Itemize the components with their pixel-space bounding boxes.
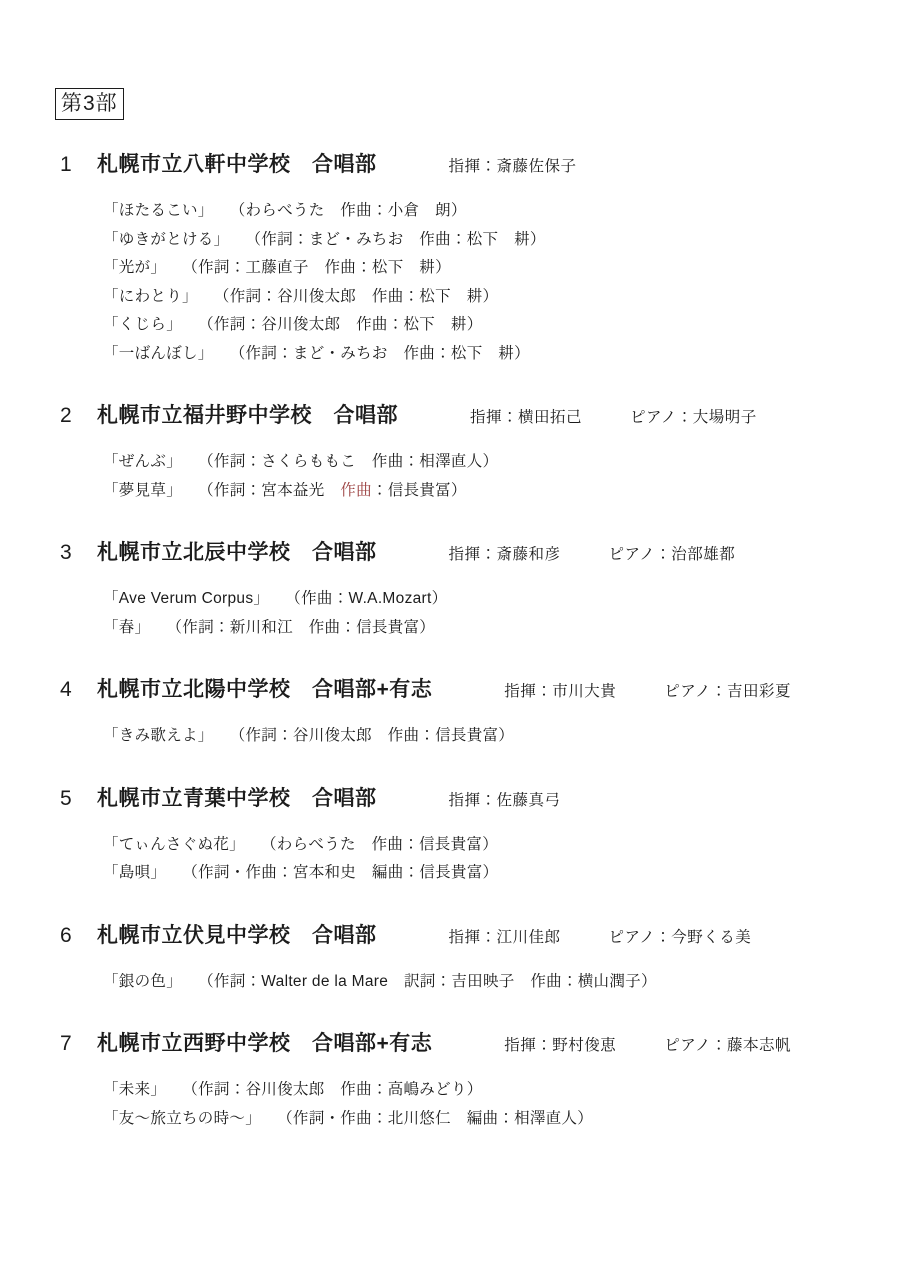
program-entry-1: 1 札幌市立八軒中学校 合唱部 指揮：斎藤佐保子 「ほたるこい」 （わらべうた … (55, 151, 865, 368)
song-line: 「てぃんさぐぬ花」 （わらべうた 作曲：信長貴富） (103, 831, 865, 860)
song-list: 「きみ歌えよ」 （作詞：谷川俊太郎 作曲：信長貴富） (55, 722, 865, 751)
entry-header: 4 札幌市立北陽中学校 合唱部+有志 指揮：市川大貴 ピアノ：吉田彩夏 (55, 676, 865, 706)
song-line: 「きみ歌えよ」 （作詞：谷川俊太郎 作曲：信長貴富） (103, 722, 865, 751)
program-entry-3: 3 札幌市立北辰中学校 合唱部 指揮：斎藤和彦 ピアノ：治部雄都 「Ave Ve… (55, 539, 865, 642)
song-line: 「銀の色」 （作詞：Walter de la Mare 訳詞：吉田映子 作曲：横… (103, 968, 865, 997)
entry-number: 6 (60, 922, 97, 950)
school-name: 札幌市立伏見中学校 合唱部 (97, 922, 377, 950)
staff-credit: 指揮：斎藤佐保子 (449, 153, 577, 181)
song-list: 「てぃんさぐぬ花」 （わらべうた 作曲：信長貴富） 「島唄」 （作詞・作曲：宮本… (55, 831, 865, 888)
staff-credit: 指揮：江川佳郎 ピアノ：今野くる美 (449, 924, 752, 952)
school-name: 札幌市立八軒中学校 合唱部 (97, 151, 377, 179)
entry-header: 6 札幌市立伏見中学校 合唱部 指揮：江川佳郎 ピアノ：今野くる美 (55, 922, 865, 952)
entry-number: 1 (60, 151, 97, 179)
song-line: 「Ave Verum Corpus」 （作曲：W.A.Mozart） (103, 585, 865, 614)
song-line: 「一ばんぼし」 （作詞：まど・みちお 作曲：松下 耕） (103, 340, 865, 369)
program-entry-2: 2 札幌市立福井野中学校 合唱部 指揮：横田拓己 ピアノ：大場明子 「ぜんぶ」 … (55, 402, 865, 505)
entry-number: 5 (60, 785, 97, 813)
song-line: 「ゆきがとける」 （作詞：まど・みちお 作曲：松下 耕） (103, 226, 865, 255)
school-name: 札幌市立北陽中学校 合唱部+有志 (97, 676, 432, 704)
staff-credit: 指揮：佐藤真弓 (449, 787, 561, 815)
section-title: 第3部 (55, 88, 124, 120)
song-line: 「友～旅立ちの時～」 （作詞・作曲：北川悠仁 編曲：相澤直人） (103, 1105, 865, 1134)
song-list: 「ぜんぶ」 （作詞：さくらももこ 作曲：相澤直人） 「夢見草」 （作詞：宮本益光… (55, 448, 865, 505)
song-text: ：信長貴冨） (372, 482, 467, 499)
entry-header: 7 札幌市立西野中学校 合唱部+有志 指揮：野村俊恵 ピアノ：藤本志帆 (55, 1030, 865, 1060)
entry-number: 7 (60, 1030, 97, 1058)
song-list: 「未来」 （作詞：谷川俊太郎 作曲：高嶋みどり） 「友～旅立ちの時～」 （作詞・… (55, 1076, 865, 1133)
entry-number: 3 (60, 539, 97, 567)
song-line: 「未来」 （作詞：谷川俊太郎 作曲：高嶋みどり） (103, 1076, 865, 1105)
song-line: 「夢見草」 （作詞：宮本益光 作曲：信長貴冨） (103, 477, 865, 506)
song-line: 「光が」 （作詞：工藤直子 作曲：松下 耕） (103, 254, 865, 283)
school-name: 札幌市立北辰中学校 合唱部 (97, 539, 377, 567)
song-line: 「ぜんぶ」 （作詞：さくらももこ 作曲：相澤直人） (103, 448, 865, 477)
program-entry-4: 4 札幌市立北陽中学校 合唱部+有志 指揮：市川大貴 ピアノ：吉田彩夏 「きみ歌… (55, 676, 865, 751)
entry-header: 1 札幌市立八軒中学校 合唱部 指揮：斎藤佐保子 (55, 151, 865, 181)
entry-header: 2 札幌市立福井野中学校 合唱部 指揮：横田拓己 ピアノ：大場明子 (55, 402, 865, 432)
song-line: 「にわとり」 （作詞：谷川俊太郎 作曲：松下 耕） (103, 283, 865, 312)
program-entry-5: 5 札幌市立青葉中学校 合唱部 指揮：佐藤真弓 「てぃんさぐぬ花」 （わらべうた… (55, 785, 865, 888)
entry-number: 2 (60, 402, 97, 430)
staff-credit: 指揮：野村俊恵 ピアノ：藤本志帆 (504, 1032, 791, 1060)
entry-header: 5 札幌市立青葉中学校 合唱部 指揮：佐藤真弓 (55, 785, 865, 815)
song-line: 「くじら」 （作詞：谷川俊太郎 作曲：松下 耕） (103, 311, 865, 340)
song-list: 「ほたるこい」 （わらべうた 作曲：小倉 朗） 「ゆきがとける」 （作詞：まど・… (55, 197, 865, 368)
entry-header: 3 札幌市立北辰中学校 合唱部 指揮：斎藤和彦 ピアノ：治部雄都 (55, 539, 865, 569)
song-list: 「銀の色」 （作詞：Walter de la Mare 訳詞：吉田映子 作曲：横… (55, 968, 865, 997)
staff-credit: 指揮：斎藤和彦 ピアノ：治部雄都 (449, 541, 736, 569)
program-entry-6: 6 札幌市立伏見中学校 合唱部 指揮：江川佳郎 ピアノ：今野くる美 「銀の色」 … (55, 922, 865, 997)
song-list: 「Ave Verum Corpus」 （作曲：W.A.Mozart） 「春」 （… (55, 585, 865, 642)
staff-credit: 指揮：市川大貴 ピアノ：吉田彩夏 (504, 678, 791, 706)
school-name: 札幌市立青葉中学校 合唱部 (97, 785, 377, 813)
song-line: 「春」 （作詞：新川和江 作曲：信長貴富） (103, 614, 865, 643)
song-text: 「夢見草」 （作詞：宮本益光 (103, 482, 340, 499)
composer-label-red: 作曲 (340, 482, 372, 499)
school-name: 札幌市立福井野中学校 合唱部 (97, 402, 398, 430)
song-line: 「島唄」 （作詞・作曲：宮本和史 編曲：信長貴富） (103, 859, 865, 888)
program-entry-7: 7 札幌市立西野中学校 合唱部+有志 指揮：野村俊恵 ピアノ：藤本志帆 「未来」… (55, 1030, 865, 1133)
school-name: 札幌市立西野中学校 合唱部+有志 (97, 1030, 432, 1058)
staff-credit: 指揮：横田拓己 ピアノ：大場明子 (470, 404, 757, 432)
song-line: 「ほたるこい」 （わらべうた 作曲：小倉 朗） (103, 197, 865, 226)
program-page: 第3部 1 札幌市立八軒中学校 合唱部 指揮：斎藤佐保子 「ほたるこい」 （わら… (0, 0, 905, 1280)
entry-number: 4 (60, 676, 97, 704)
